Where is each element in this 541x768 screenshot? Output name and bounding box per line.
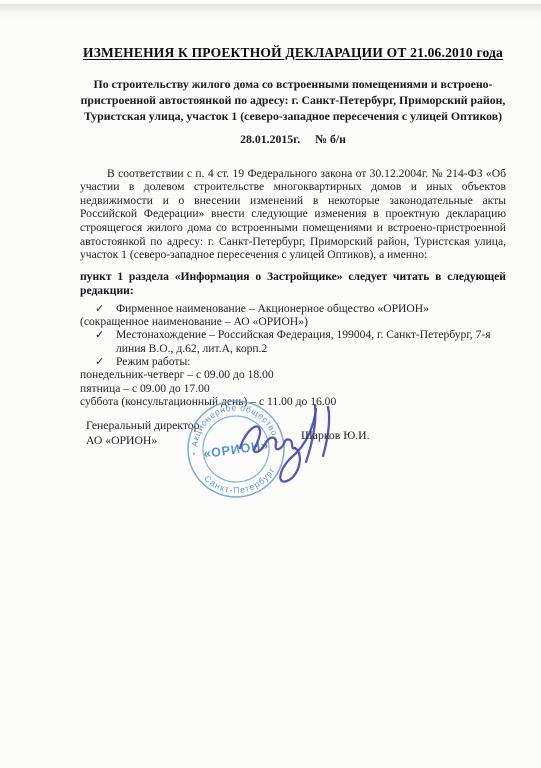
list-item-firm-name: ✓ Фирменное наименование – Акционерное о… [80, 302, 506, 315]
list-item-text: пятница – с 09.00 до 17.00 [80, 382, 210, 395]
checkmark-icon: ✓ [95, 328, 104, 341]
document-title: ИЗМЕНЕНИЯ К ПРОЕКТНОЙ ДЕКЛАРАЦИИ ОТ 21.0… [80, 45, 506, 61]
list-item-text: понедельник-четверг – с 09.00 до 18.00 [80, 368, 274, 381]
list-item-hours-mon-thu: понедельник-четверг – с 09.00 до 18.00 [80, 368, 506, 381]
stamp-star-icon: * [192, 451, 196, 460]
list-item-work-schedule: ✓ Режим работы: [80, 355, 506, 368]
checkmark-icon: ✓ [95, 302, 104, 315]
list-item-short-name: (сокращенное наименование – АО «ОРИОН») [80, 315, 506, 328]
section-heading: пункт 1 раздела «Информация о Застройщик… [80, 270, 506, 298]
document-number: № б/н [315, 132, 346, 146]
list-item-location: ✓ Местонахождение – Российская Федерация… [80, 328, 506, 355]
intro-paragraph: В соответствии с п. 4 ст. 19 Федеральног… [80, 167, 506, 262]
document-subtitle: По строительству жилого дома со встроенн… [80, 76, 506, 125]
document-content: ИЗМЕНЕНИЯ К ПРОЕКТНОЙ ДЕКЛАРАЦИИ ОТ 21.0… [80, 0, 506, 408]
signatory-name: Шарков Ю.И. [301, 429, 370, 442]
signature-ink [226, 392, 341, 497]
checkmark-icon: ✓ [95, 355, 104, 368]
list-item-text: Местонахождение – Российская Федерация, … [116, 328, 491, 354]
document-page: ИЗМЕНЕНИЯ К ПРОЕКТНОЙ ДЕКЛАРАЦИИ ОТ 21.0… [0, 0, 541, 768]
list-item-text: Режим работы: [116, 355, 190, 368]
list-item-text: (сокращенное наименование – АО «ОРИОН») [80, 315, 308, 328]
document-date: 28.01.2015г. [240, 132, 300, 146]
list-item-text: Фирменное наименование – Акционерное общ… [116, 302, 429, 315]
signature-stroke [240, 426, 295, 452]
date-line: 28.01.2015г.№ б/н [80, 132, 506, 147]
